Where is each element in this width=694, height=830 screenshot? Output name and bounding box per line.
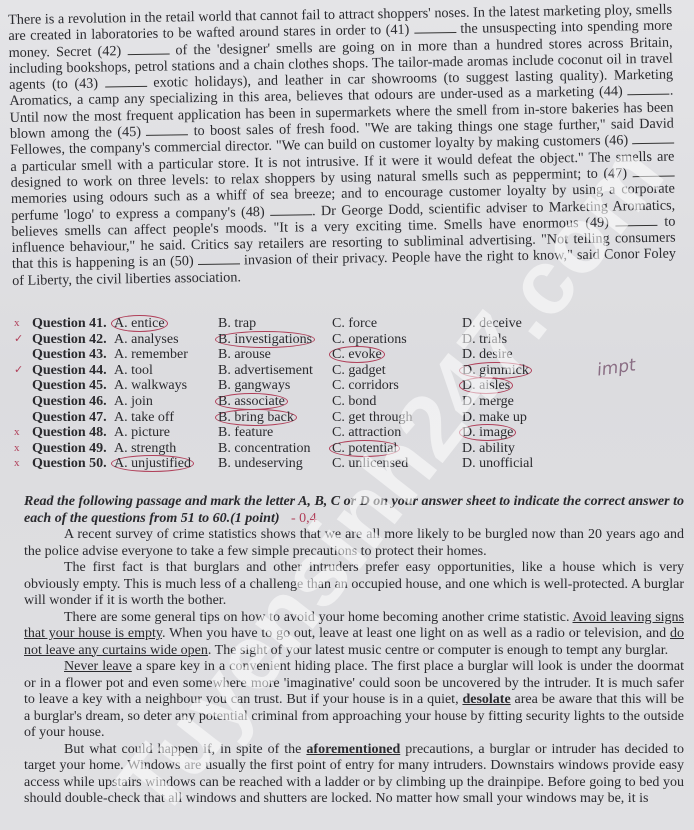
blank-42 [127, 42, 169, 55]
option-text: A. walkways [114, 378, 187, 393]
pen-mark: x [14, 441, 20, 457]
option-text: C. evoke [329, 346, 385, 363]
blank-44 [628, 83, 670, 96]
option-b[interactable]: B. arouse [218, 347, 332, 363]
option-text: B. associate [215, 393, 288, 410]
question-row: ✓Question 42.A. analysesB. investigation… [32, 332, 592, 348]
pen-mark: ✓ [14, 363, 23, 379]
option-text: A. picture [114, 425, 170, 440]
option-text: A. unjustified [111, 455, 194, 472]
option-a[interactable]: A. tool [114, 363, 218, 379]
question-label: Question 42. [32, 332, 114, 348]
option-a[interactable]: A. remember [114, 347, 218, 363]
reading-passage: A recent survey of crime statistics show… [24, 527, 684, 808]
question-row: xQuestion 48.A. pictureB. featureC. attr… [32, 425, 592, 441]
option-text: C. operations [332, 332, 407, 347]
option-c[interactable]: C. potential [332, 441, 462, 457]
pen-score-note: - 0,4 [291, 511, 317, 526]
pen-mark: x [14, 456, 20, 472]
option-text: B. feature [218, 425, 273, 440]
pen-mark: x [14, 316, 20, 332]
option-text: A. strength [114, 441, 176, 456]
question-row: ✓Question 44.A. toolB. advertisementC. g… [32, 363, 592, 379]
question-row: Question 45.A. walkwaysB. gangwaysC. cor… [32, 378, 592, 394]
option-d[interactable]: D. gimmick [462, 363, 582, 379]
blank-45 [146, 123, 188, 136]
option-text: A. analyses [114, 332, 179, 347]
option-b[interactable]: B. investigations [218, 332, 332, 348]
option-d[interactable]: D. image [462, 425, 582, 441]
option-b[interactable]: B. undeserving [218, 456, 332, 472]
question-row: xQuestion 49.A. strengthB. concentration… [32, 441, 592, 457]
option-c[interactable]: C. unlicensed [332, 456, 462, 472]
pen-mark: x [14, 425, 20, 441]
question-label: Question 45. [32, 378, 114, 394]
option-text: C. unlicensed [332, 456, 408, 471]
option-text: D. aisles [459, 377, 513, 394]
question-label: Question 41. [32, 316, 114, 332]
option-a[interactable]: A. walkways [114, 378, 218, 394]
blank-49 [616, 214, 658, 227]
option-text: A. entice [111, 315, 168, 332]
option-c[interactable]: C. gadget [332, 363, 462, 379]
option-text: B. gangways [218, 378, 290, 393]
option-b[interactable]: B. advertisement [218, 363, 332, 379]
option-text: B. bring back [215, 409, 297, 426]
question-label: Question 48. [32, 425, 114, 441]
option-text: D. merge [462, 394, 514, 409]
option-text: A. remember [114, 347, 188, 362]
question-label: Question 49. [32, 441, 114, 457]
option-d[interactable]: D. make up [462, 410, 582, 426]
blank-46 [632, 132, 674, 145]
option-b[interactable]: B. bring back [218, 410, 332, 426]
option-text: D. unofficial [462, 456, 533, 471]
option-text: D. trials [462, 332, 507, 347]
scanned-exam-page: There is a revolution in the retail worl… [0, 0, 694, 830]
option-a[interactable]: A. unjustified [114, 456, 218, 472]
option-c[interactable]: C. evoke [332, 347, 462, 363]
option-a[interactable]: A. strength [114, 441, 218, 457]
option-text: D. image [459, 424, 516, 441]
option-text: C. corridors [332, 378, 399, 393]
option-text: B. undeserving [218, 456, 303, 471]
pen-mark: ✓ [14, 332, 23, 348]
blank-48 [270, 203, 312, 216]
question-row: Question 47.A. take offB. bring backC. g… [32, 410, 592, 426]
option-a[interactable]: A. picture [114, 425, 218, 441]
question-label: Question 43. [32, 347, 114, 363]
option-a[interactable]: A. take off [114, 410, 218, 426]
section-instruction: Read the following passage and mark the … [24, 494, 684, 527]
option-text: D. desire [462, 347, 513, 362]
question-list: xQuestion 41.A. enticeB. trapC. forceD. … [32, 316, 592, 472]
paragraph: There are some general tips on how to av… [24, 610, 684, 660]
option-text: A. join [114, 394, 153, 409]
option-d[interactable]: D. merge [462, 394, 582, 410]
question-label: Question 46. [32, 394, 114, 410]
option-text: B. advertisement [218, 363, 313, 378]
option-a[interactable]: A. analyses [114, 332, 218, 348]
option-text: D. deceive [462, 316, 522, 331]
option-a[interactable]: A. join [114, 394, 218, 410]
question-row: xQuestion 50.A. unjustifiedB. undeservin… [32, 456, 592, 472]
paragraph: The first fact is that burglars and othe… [24, 560, 684, 610]
blank-50 [198, 253, 240, 266]
blank-47 [632, 165, 674, 178]
option-c[interactable]: C. get through [332, 410, 462, 426]
question-label: Question 50. [32, 456, 114, 472]
option-c[interactable]: C. operations [332, 332, 462, 348]
question-row: Question 46.A. joinB. associateC. bondD.… [32, 394, 592, 410]
paragraph: But what could happen if, in spite of th… [24, 742, 684, 808]
option-c[interactable]: C. corridors [332, 378, 462, 394]
option-text: C. gadget [332, 363, 386, 378]
question-row: Question 43.A. rememberB. arouseC. evoke… [32, 347, 592, 363]
option-text: C. potential [329, 440, 400, 457]
option-c[interactable]: C. bond [332, 394, 462, 410]
option-c[interactable]: C. attraction [332, 425, 462, 441]
question-label: Question 44. [32, 363, 114, 379]
option-text: B. investigations [215, 331, 315, 348]
option-text: D. make up [462, 410, 527, 425]
option-text: C. bond [332, 394, 376, 409]
option-d[interactable]: D. trials [462, 332, 582, 348]
option-d[interactable]: D. unofficial [462, 456, 582, 472]
option-b[interactable]: B. associate [218, 394, 332, 410]
paragraph: Never leave a spare key in a convenient … [24, 659, 684, 742]
option-d[interactable]: D. aisles [462, 378, 582, 394]
paragraph: A recent survey of crime statistics show… [24, 527, 684, 560]
option-text: A. tool [114, 363, 153, 378]
option-text: B. arouse [218, 347, 271, 362]
option-d[interactable]: D. deceive [462, 316, 582, 332]
question-label: Question 47. [32, 410, 114, 426]
option-text: C. attraction [332, 425, 401, 440]
option-b[interactable]: B. feature [218, 425, 332, 441]
option-text: C. get through [332, 410, 413, 425]
handwritten-note: impt [596, 355, 637, 380]
option-a[interactable]: A. entice [114, 316, 218, 332]
blank-41 [414, 21, 456, 34]
cloze-passage: There is a revolution in the retail worl… [8, 2, 676, 289]
option-b[interactable]: B. gangways [218, 378, 332, 394]
option-b[interactable]: B. concentration [218, 441, 332, 457]
option-text: D. gimmick [459, 362, 532, 379]
blank-43 [105, 75, 147, 88]
option-text: D. ability [462, 441, 515, 456]
option-text: B. concentration [218, 441, 311, 456]
option-d[interactable]: D. desire [462, 347, 582, 363]
option-c[interactable]: C. force [332, 316, 462, 332]
reading-section: Read the following passage and mark the … [24, 494, 684, 808]
option-d[interactable]: D. ability [462, 441, 582, 457]
option-b[interactable]: B. trap [218, 316, 332, 332]
option-text: A. take off [114, 410, 174, 425]
option-text: C. force [332, 316, 377, 331]
question-row: xQuestion 41.A. enticeB. trapC. forceD. … [32, 316, 592, 332]
cloze-passage-text: There is a revolution in the retail worl… [8, 2, 676, 289]
option-text: B. trap [218, 316, 256, 331]
